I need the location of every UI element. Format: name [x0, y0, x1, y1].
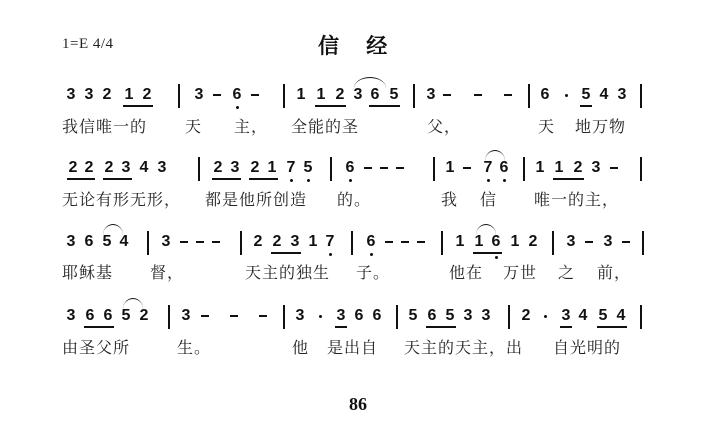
dash: [230, 315, 238, 317]
notation-row-4: 3 6 6 5 2 3 3 3 6 6 5 6 5 3 3 2 3 4 5 4: [0, 307, 720, 337]
note: 5: [121, 307, 131, 325]
note: 3: [161, 233, 171, 251]
lyric: 前，: [597, 264, 631, 282]
note: 4: [599, 86, 609, 104]
lyric: 天: [538, 118, 555, 136]
note: 3: [561, 307, 571, 325]
note: 2: [272, 233, 282, 251]
note: 4: [616, 307, 626, 325]
lyric: 主，: [234, 118, 268, 136]
note: 2: [250, 159, 260, 177]
note: 6: [372, 307, 382, 325]
note: 1: [510, 233, 520, 251]
note: 6: [354, 307, 364, 325]
dash: [463, 167, 471, 169]
note: 2: [102, 86, 112, 104]
note: 3: [194, 86, 204, 104]
note: 5: [389, 86, 399, 104]
note: 1: [308, 233, 318, 251]
dash: [396, 167, 404, 169]
dash: [610, 167, 618, 169]
augmentation-dot: [544, 315, 547, 318]
lyric: 信: [480, 191, 497, 209]
note: 4: [119, 233, 129, 251]
note: 6: [84, 233, 94, 251]
note: 3: [66, 307, 76, 325]
note: 5: [303, 159, 313, 177]
note: 2: [84, 159, 94, 177]
barline: [528, 84, 530, 108]
dash: [212, 241, 220, 243]
notation-row-1: 3 3 2 1 2 3 6 1 1 2 3 6 5 3 6 5 4 3: [0, 86, 720, 116]
dash: [504, 94, 512, 96]
note: 6: [366, 233, 376, 251]
barline: [523, 157, 525, 181]
note: 3: [617, 86, 627, 104]
note: 1: [316, 86, 326, 104]
lyric: 他在: [449, 264, 483, 282]
note: 2: [68, 159, 78, 177]
note: 6: [345, 159, 355, 177]
barline: [168, 305, 170, 329]
barline: [642, 231, 644, 255]
note: 2: [139, 307, 149, 325]
note: 5: [445, 307, 455, 325]
notation-row-3: 3 6 5 4 3 2 2 3 1 7 6 1 1 6 1 2 3 3: [0, 233, 720, 263]
barline: [441, 231, 443, 255]
barline: [413, 84, 415, 108]
barline: [433, 157, 435, 181]
note: 1: [535, 159, 545, 177]
note: 6: [103, 307, 113, 325]
barline: [240, 231, 242, 255]
note: 4: [578, 307, 588, 325]
lyric: 生。: [177, 339, 211, 357]
barline: [147, 231, 149, 255]
lyric: 自光明的: [553, 339, 621, 357]
page-number: 86: [349, 394, 367, 415]
barline: [396, 305, 398, 329]
note: 6: [370, 86, 380, 104]
note: 3: [290, 233, 300, 251]
barline: [330, 157, 332, 181]
note: 3: [336, 307, 346, 325]
lyric: 天主的独生: [245, 264, 330, 282]
note: 6: [491, 233, 501, 251]
note: 2: [213, 159, 223, 177]
note: 6: [427, 307, 437, 325]
note: 3: [230, 159, 240, 177]
note: 5: [102, 233, 112, 251]
dash: [259, 315, 267, 317]
note: 3: [66, 233, 76, 251]
note: 3: [181, 307, 191, 325]
note: 7: [286, 159, 296, 177]
lyric: 子。: [356, 264, 390, 282]
note: 3: [157, 159, 167, 177]
note: 1: [455, 233, 465, 251]
lyrics-row-1: 我信唯一的 天 主， 全能的圣 父， 天 地万物: [0, 118, 720, 148]
lyric: 督，: [150, 264, 184, 282]
note: 4: [139, 159, 149, 177]
note: 2: [573, 159, 583, 177]
dash: [201, 315, 209, 317]
dash: [364, 167, 372, 169]
note: 6: [540, 86, 550, 104]
barline: [640, 305, 642, 329]
lyric: 天: [185, 118, 202, 136]
lyric: 全能的圣: [291, 118, 359, 136]
barline: [283, 84, 285, 108]
note: 2: [142, 86, 152, 104]
note: 3: [566, 233, 576, 251]
note: 1: [124, 86, 134, 104]
note: 2: [528, 233, 538, 251]
lyrics-row-4: 由圣父所 生。 他 是出自 天主的天主，出 自光明的: [0, 339, 720, 369]
note: 3: [66, 86, 76, 104]
barline: [640, 157, 642, 181]
dash: [585, 241, 593, 243]
dash: [385, 241, 393, 243]
note: 7: [483, 159, 493, 177]
dash: [622, 241, 630, 243]
note: 2: [104, 159, 114, 177]
barline: [351, 231, 353, 255]
lyric: 耶稣基: [62, 264, 113, 282]
lyric: 天主的天主，出: [404, 339, 523, 357]
dash: [251, 94, 259, 96]
dash: [380, 167, 388, 169]
note: 1: [474, 233, 484, 251]
note: 2: [335, 86, 345, 104]
lyric: 无论有形无形，: [62, 191, 181, 209]
lyric: 父，: [427, 118, 461, 136]
note: 1: [445, 159, 455, 177]
note: 1: [296, 86, 306, 104]
note: 3: [121, 159, 131, 177]
note: 2: [253, 233, 263, 251]
note: 3: [426, 86, 436, 104]
note: 3: [295, 307, 305, 325]
lyric: 的。: [337, 191, 371, 209]
dash: [443, 94, 451, 96]
notation-row-2: 2 2 2 3 4 3 2 3 2 1 7 5 6 1 7 6 1 1 2 3: [0, 159, 720, 189]
lyric: 万世: [503, 264, 537, 282]
note: 3: [591, 159, 601, 177]
lyric: 他: [292, 339, 309, 357]
dash: [474, 94, 482, 96]
lyric: 唯一的主，: [534, 191, 619, 209]
augmentation-dot: [319, 315, 322, 318]
note: 6: [232, 86, 242, 104]
lyric: 是出自: [327, 339, 378, 357]
note: 3: [353, 86, 363, 104]
note: 3: [603, 233, 613, 251]
note: 2: [521, 307, 531, 325]
note: 6: [85, 307, 95, 325]
lyric: 地万物: [575, 118, 626, 136]
dash: [196, 241, 204, 243]
lyric: 由圣父所: [62, 339, 130, 357]
dash: [401, 241, 409, 243]
lyric: 之: [558, 264, 575, 282]
barline: [640, 84, 642, 108]
barline: [283, 305, 285, 329]
note: 5: [408, 307, 418, 325]
note: 5: [598, 307, 608, 325]
lyric: 都是他所创造: [205, 191, 307, 209]
lyric: 我信唯一的: [62, 118, 147, 136]
barline: [552, 231, 554, 255]
lyrics-row-3: 耶稣基 督， 天主的独生 子。 他在 万世 之 前，: [0, 264, 720, 294]
note: 7: [325, 233, 335, 251]
barline: [508, 305, 510, 329]
barline: [178, 84, 180, 108]
note: 3: [481, 307, 491, 325]
lyrics-row-2: 无论有形无形， 都是他所创造 的。 我 信 唯一的主，: [0, 191, 720, 221]
note: 6: [499, 159, 509, 177]
note: 3: [84, 86, 94, 104]
page-title: 信 经: [318, 30, 397, 60]
note: 3: [463, 307, 473, 325]
dash: [213, 94, 221, 96]
augmentation-dot: [565, 94, 568, 97]
dash: [417, 241, 425, 243]
note: 1: [554, 159, 564, 177]
key-signature: 1=E 4/4: [62, 36, 114, 53]
lyric: 我: [441, 191, 458, 209]
barline: [198, 157, 200, 181]
note: 1: [267, 159, 277, 177]
note: 5: [581, 86, 591, 104]
dash: [180, 241, 188, 243]
